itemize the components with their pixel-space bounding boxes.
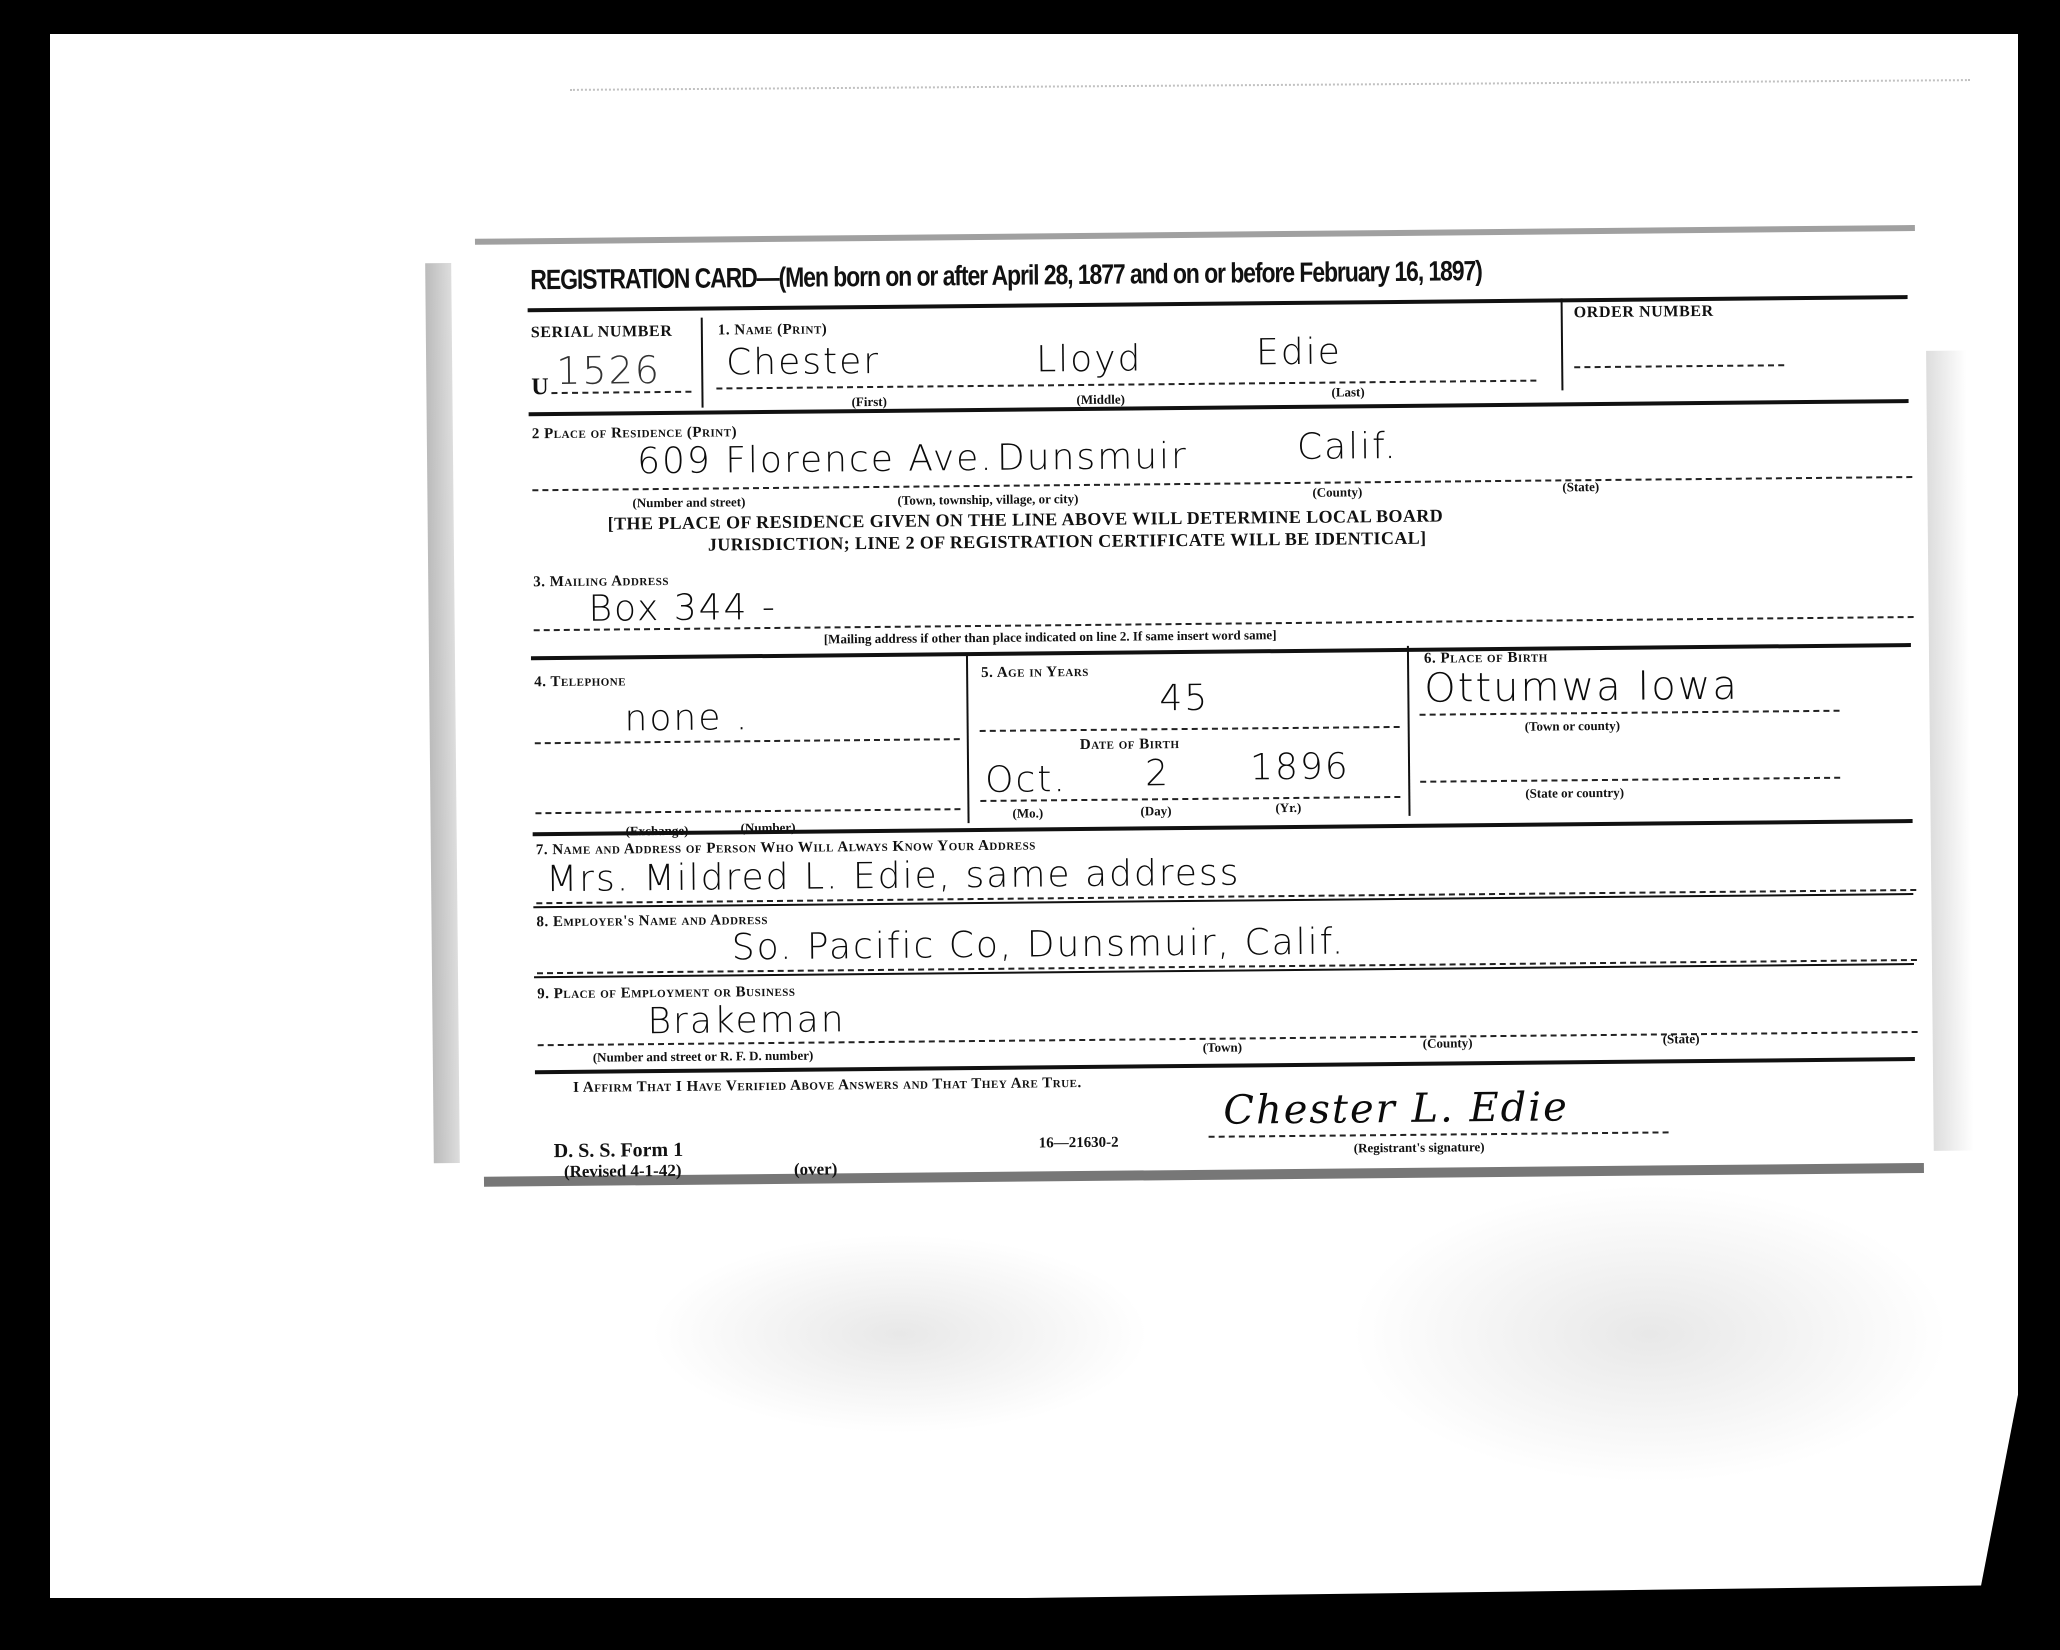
form-revised: (Revised 4-1-42) [564,1161,682,1182]
town-county-caption: (Town or county) [1525,718,1621,735]
middle-caption: (Middle) [1076,392,1125,408]
divider [529,399,1909,416]
residence-town-caption: (Town, township, village, or city) [897,491,1078,509]
telephone-label: 4. Telephone [534,673,626,691]
mailing-address-value: Box 344 - [588,587,777,630]
last-name-value: Edie [1256,331,1342,373]
residence-street-value: 609 Florence Ave. [637,438,994,482]
serial-number-label: SERIAL NUMBER [531,323,673,342]
employment-value: Brakeman [647,999,845,1042]
serial-line [551,391,691,394]
card-shadow [1926,350,1974,1150]
residence-state-value: Calif. [1297,426,1398,468]
middle-name-value: Lloyd [1036,338,1143,380]
name-label: 1. Name (Print) [718,321,828,339]
residence-county-caption: (County) [1312,484,1362,500]
divider [701,318,704,408]
age-label: 5. Age in Years [981,664,1089,682]
over-note: (over) [794,1159,838,1179]
day-caption: (Day) [1140,803,1171,819]
telephone-value: none . [624,697,749,739]
scan-artifact [570,79,1970,111]
date-of-birth-label: Date of Birth [1080,736,1180,754]
year-caption: (Yr.) [1275,800,1301,816]
residence-street-caption: (Number and street) [632,494,745,511]
registration-card: REGISTRATION CARD—(Men born on or after … [455,231,1934,1175]
telephone-line [535,738,960,744]
serial-prefix: U [531,374,549,401]
residence-state-caption: (State) [1562,479,1599,495]
divider [531,643,1911,660]
order-number-line [1574,364,1784,368]
employment-state-caption: (State) [1663,1031,1700,1047]
divider [1561,298,1564,390]
age-line [980,726,1400,732]
order-number-label: ORDER NUMBER [1574,303,1714,322]
residence-town-value: Dunsmuir [997,436,1188,479]
serial-number-value: 1526 [556,348,661,393]
month-caption: (Mo.) [1012,805,1043,821]
age-value: 45 [1159,678,1209,719]
employment-street-caption: (Number and street or R. F. D. number) [593,1048,814,1066]
first-name-value: Chester [726,341,880,383]
form-name: D. S. S. Form 1 [554,1139,684,1163]
affirmation-text: I Affirm That I Have Verified Above Answ… [573,1075,1082,1097]
employment-town-caption: (Town) [1203,1039,1242,1055]
contact-value: Mrs. Mildred L. Edie, same address [546,852,1241,900]
employment-county-caption: (County) [1423,1035,1473,1051]
telephone-line-2 [535,808,960,814]
scan-smudge [650,1234,1150,1434]
first-caption: (First) [851,394,887,410]
birthplace-line-2 [1420,777,1840,783]
dob-year-value: 1896 [1250,746,1350,788]
scan-smudge [1350,1184,1950,1484]
divider [1407,646,1411,816]
mailing-address-caption: [Mailing address if other than place ind… [824,627,1277,647]
dob-day-value: 2 [1145,753,1170,794]
signature-caption: (Registrant's signature) [1354,1139,1485,1156]
place-of-birth-value: Ottumwa Iowa [1424,663,1739,712]
dob-month-value: Oct. [985,759,1067,801]
state-country-caption: (State or country) [1525,785,1624,802]
employer-value: So. Pacific Co, Dunsmuir, Calif. [732,921,1346,968]
registrant-signature: Chester L. Edie [1223,1084,1569,1133]
card-title: REGISTRATION CARD—(Men born on or after … [530,255,1482,296]
form-code: 16—21630-2 [1039,1135,1119,1153]
last-caption: (Last) [1331,384,1364,400]
divider [966,653,970,823]
